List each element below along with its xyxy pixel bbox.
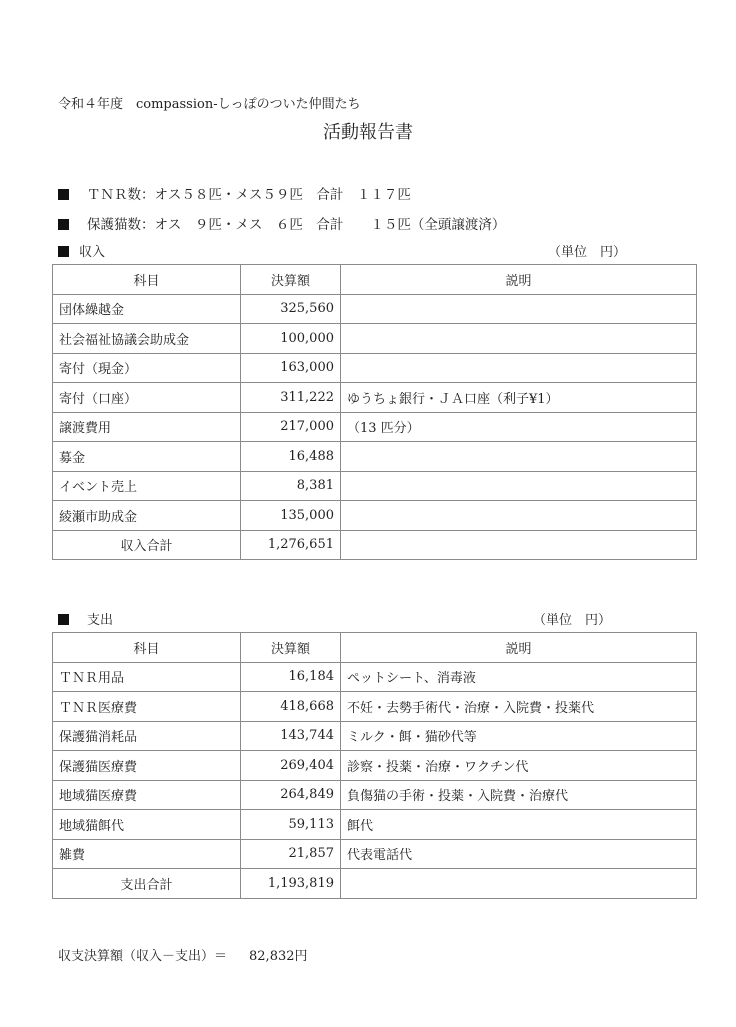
total-note-cell bbox=[341, 869, 697, 899]
table-row: 寄付（現金） 163,000 bbox=[53, 353, 697, 383]
table-row: 保護猫消耗品 143,744 ミルク・餌・猫砂代等 bbox=[53, 721, 697, 751]
amount-cell: 311,222 bbox=[241, 383, 341, 413]
table-row: 寄付（口座） 311,222 ゆうちょ銀行・ＪＡ口座（利子¥1） bbox=[53, 383, 697, 413]
column-header-item: 科目 bbox=[53, 633, 241, 663]
document-title: 活動報告書 bbox=[0, 118, 736, 144]
square-bullet-icon bbox=[58, 614, 69, 625]
amount-cell: 16,488 bbox=[241, 442, 341, 472]
note-cell: 不妊・去勢手術代・治療・入院費・投薬代 bbox=[341, 692, 697, 722]
organization-line: 令和４年度 compassion-しっぽのついた仲間たち bbox=[58, 93, 361, 112]
income-section-label: 収入 bbox=[79, 245, 105, 260]
balance-line: 収支決算額（収入－支出）＝82,832円 bbox=[58, 945, 308, 964]
column-header-note: 説明 bbox=[341, 265, 697, 295]
table-row: 団体繰越金 325,560 bbox=[53, 294, 697, 324]
table-row: ＴＮＲ医療費 418,668 不妊・去勢手術代・治療・入院費・投薬代 bbox=[53, 692, 697, 722]
item-cell: 寄付（現金） bbox=[53, 353, 241, 383]
table-row: 募金 16,488 bbox=[53, 442, 697, 472]
square-bullet-icon bbox=[58, 246, 69, 257]
note-cell bbox=[341, 353, 697, 383]
amount-cell: 269,404 bbox=[241, 751, 341, 781]
table-row: 譲渡費用 217,000 （13 匹分） bbox=[53, 412, 697, 442]
note-cell bbox=[341, 294, 697, 324]
item-cell: 団体繰越金 bbox=[53, 294, 241, 324]
item-cell: 地域猫餌代 bbox=[53, 810, 241, 840]
item-cell: 地域猫医療費 bbox=[53, 780, 241, 810]
expense-table: 科目 決算額 説明 ＴＮＲ用品 16,184 ペットシート、消毒液 ＴＮＲ医療費… bbox=[52, 632, 697, 899]
income-table: 科目 決算額 説明 団体繰越金 325,560 社会福祉協議会助成金 100,0… bbox=[52, 264, 697, 560]
item-cell: 寄付（口座） bbox=[53, 383, 241, 413]
column-header-amount: 決算額 bbox=[241, 633, 341, 663]
amount-cell: 135,000 bbox=[241, 501, 341, 531]
rescued-cat-count: 保護猫数：オス ９匹・メス ６匹 合計 １５匹（全頭譲渡済） bbox=[58, 213, 505, 233]
amount-cell: 16,184 bbox=[241, 662, 341, 692]
expense-section-label: 支出 bbox=[87, 613, 113, 628]
amount-cell: 418,668 bbox=[241, 692, 341, 722]
column-header-note: 説明 bbox=[341, 633, 697, 663]
amount-cell: 8,381 bbox=[241, 471, 341, 501]
income-unit-label: （単位 円） bbox=[548, 241, 626, 260]
table-header-row: 科目 決算額 説明 bbox=[53, 265, 697, 295]
table-row: 雑費 21,857 代表電話代 bbox=[53, 839, 697, 869]
amount-cell: 163,000 bbox=[241, 353, 341, 383]
item-cell: 募金 bbox=[53, 442, 241, 472]
note-cell: 代表電話代 bbox=[341, 839, 697, 869]
note-cell: 餌代 bbox=[341, 810, 697, 840]
amount-cell: 143,744 bbox=[241, 721, 341, 751]
item-cell: 綾瀬市助成金 bbox=[53, 501, 241, 531]
balance-amount: 82,832 bbox=[249, 949, 295, 964]
amount-cell: 217,000 bbox=[241, 412, 341, 442]
total-row: 収入合計 1,276,651 bbox=[53, 530, 697, 560]
amount-cell: 100,000 bbox=[241, 324, 341, 354]
tnr-count: ＴＮＲ数：オス５８匹・メス５９匹 合計 １１７匹 bbox=[58, 183, 411, 203]
total-label-cell: 収入合計 bbox=[53, 530, 241, 560]
expense-unit-label: （単位 円） bbox=[533, 609, 611, 628]
amount-cell: 21,857 bbox=[241, 839, 341, 869]
column-header-amount: 決算額 bbox=[241, 265, 341, 295]
table-row: 地域猫餌代 59,113 餌代 bbox=[53, 810, 697, 840]
table-header-row: 科目 決算額 説明 bbox=[53, 633, 697, 663]
table-row: 保護猫医療費 269,404 診察・投薬・治療・ワクチン代 bbox=[53, 751, 697, 781]
note-cell bbox=[341, 471, 697, 501]
item-cell: 譲渡費用 bbox=[53, 412, 241, 442]
total-note-cell bbox=[341, 530, 697, 560]
note-cell: ペットシート、消毒液 bbox=[341, 662, 697, 692]
item-cell: ＴＮＲ用品 bbox=[53, 662, 241, 692]
note-cell: ゆうちょ銀行・ＪＡ口座（利子¥1） bbox=[341, 383, 697, 413]
note-cell: 負傷猫の手術・投薬・入院費・治療代 bbox=[341, 780, 697, 810]
total-label-cell: 支出合計 bbox=[53, 869, 241, 899]
amount-cell: 264,849 bbox=[241, 780, 341, 810]
item-cell: 雑費 bbox=[53, 839, 241, 869]
item-cell: イベント売上 bbox=[53, 471, 241, 501]
column-header-item: 科目 bbox=[53, 265, 241, 295]
note-cell bbox=[341, 501, 697, 531]
total-amount-cell: 1,193,819 bbox=[241, 869, 341, 899]
table-row: イベント売上 8,381 bbox=[53, 471, 697, 501]
item-cell: ＴＮＲ医療費 bbox=[53, 692, 241, 722]
amount-cell: 325,560 bbox=[241, 294, 341, 324]
item-cell: 保護猫医療費 bbox=[53, 751, 241, 781]
item-cell: 社会福祉協議会助成金 bbox=[53, 324, 241, 354]
square-bullet-icon bbox=[58, 189, 69, 200]
expense-section-heading: 支出 bbox=[58, 609, 113, 628]
rescued-cat-count-text: 保護猫数：オス ９匹・メス ６匹 合計 １５匹（全頭譲渡済） bbox=[87, 217, 505, 233]
amount-cell: 59,113 bbox=[241, 810, 341, 840]
item-cell: 保護猫消耗品 bbox=[53, 721, 241, 751]
note-cell bbox=[341, 324, 697, 354]
balance-currency: 円 bbox=[295, 949, 308, 964]
balance-label: 収支決算額（収入－支出）＝ bbox=[58, 949, 227, 964]
tnr-count-text: ＴＮＲ数：オス５８匹・メス５９匹 合計 １１７匹 bbox=[87, 187, 411, 203]
square-bullet-icon bbox=[58, 219, 69, 230]
table-row: 地域猫医療費 264,849 負傷猫の手術・投薬・入院費・治療代 bbox=[53, 780, 697, 810]
income-section-heading: 収入 bbox=[58, 241, 105, 260]
note-cell: 診察・投薬・治療・ワクチン代 bbox=[341, 751, 697, 781]
total-row: 支出合計 1,193,819 bbox=[53, 869, 697, 899]
note-cell: ミルク・餌・猫砂代等 bbox=[341, 721, 697, 751]
note-cell bbox=[341, 442, 697, 472]
table-row: ＴＮＲ用品 16,184 ペットシート、消毒液 bbox=[53, 662, 697, 692]
table-row: 社会福祉協議会助成金 100,000 bbox=[53, 324, 697, 354]
total-amount-cell: 1,276,651 bbox=[241, 530, 341, 560]
note-cell: （13 匹分） bbox=[341, 412, 697, 442]
table-row: 綾瀬市助成金 135,000 bbox=[53, 501, 697, 531]
